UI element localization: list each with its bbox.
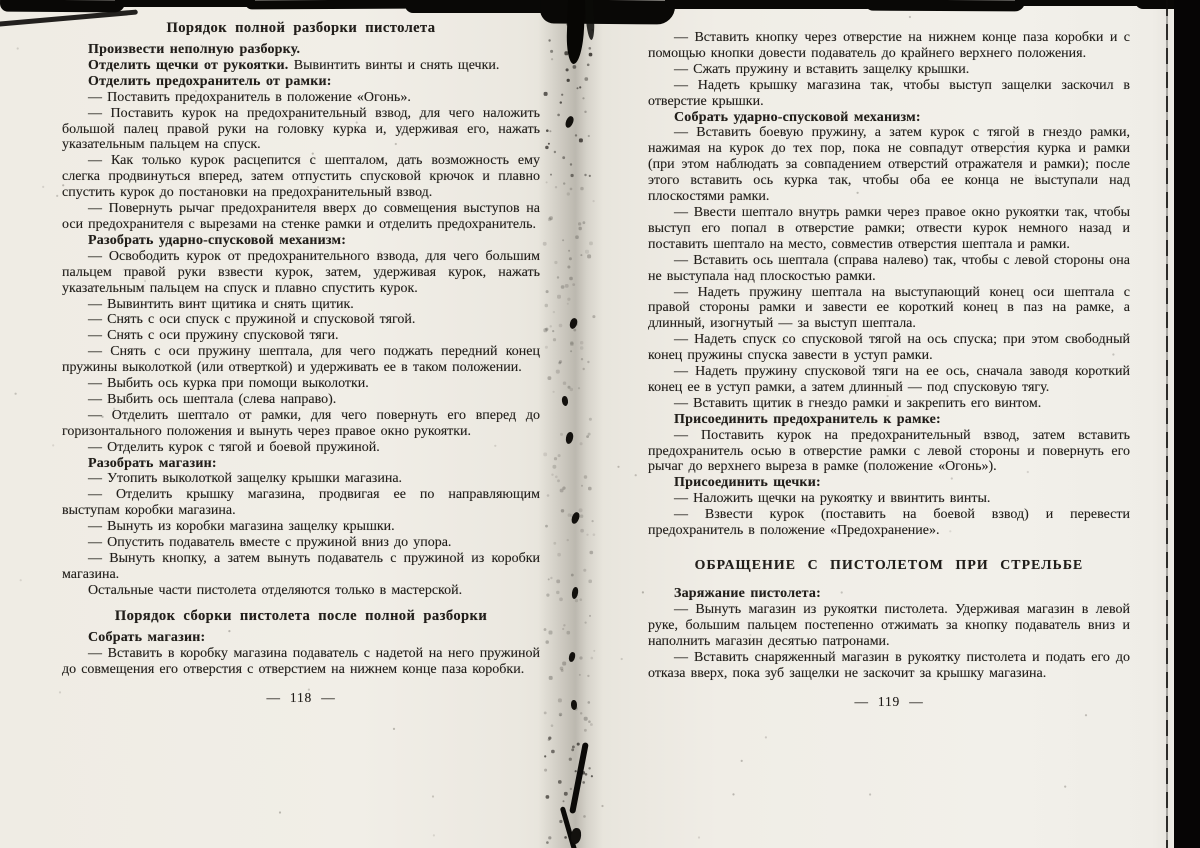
- instruction-item: — Утопить выколоткой защелку крышки мага…: [62, 471, 540, 487]
- gutter-ink-blob: [569, 317, 579, 329]
- run-in-subheading: Отделить щечки от рукоятки. Вывинтить ви…: [62, 58, 540, 74]
- instruction-item: — Вставить снаряженный магазин в рукоятк…: [648, 650, 1130, 682]
- run-in-subheading: Заряжание пистолета:: [648, 586, 1130, 602]
- instruction-item: — Отделить курок с тягой и боевой пружин…: [62, 440, 540, 456]
- gutter-ink-blob: [570, 511, 580, 525]
- bottom-ink-blob: [570, 828, 582, 845]
- instruction-item: — Надеть пружину шептала на выступающий …: [648, 285, 1130, 333]
- run-in-subheading: Разобрать магазин:: [62, 456, 540, 472]
- page-118-content: Порядок полной разборки пистолетаПроизве…: [62, 20, 540, 677]
- instruction-item: — Освободить курок от предохранительного…: [62, 249, 540, 297]
- page-119: — Вставить кнопку через отверстие на ниж…: [648, 30, 1130, 710]
- run-in-subheading: Присоединить щечки:: [648, 475, 1130, 491]
- bottom-ink-streak: [569, 742, 589, 814]
- gutter-ink-blob: [571, 587, 579, 600]
- gutter-speckles: [0, 0, 1, 1]
- page-118: Порядок полной разборки пистолетаПроизве…: [62, 20, 540, 706]
- instruction-item: — Поставить курок на предохранительный в…: [62, 106, 540, 154]
- instruction-item: — Надеть спуск со спусковой тягой на ось…: [648, 332, 1130, 364]
- run-in-subheading: Присоединить предохранитель к рамке:: [648, 412, 1130, 428]
- run-in-subheading: Собрать ударно-спусковой механизм:: [648, 110, 1130, 126]
- instruction-item: — Снять с оси спуск с пружиной и спусков…: [62, 312, 540, 328]
- instruction-item: — Вынуть из коробки магазина защелку кры…: [62, 519, 540, 535]
- page-number-118: — 118 —: [62, 690, 540, 706]
- instruction-item: — Вставить ось шептала (справа налево) т…: [648, 253, 1130, 285]
- instruction-item: — Выбить ось шептала (слева направо).: [62, 392, 540, 408]
- page-119-content: — Вставить кнопку через отверстие на ниж…: [648, 30, 1130, 681]
- paper-speckles: [0, 0, 1, 1]
- section-heading: Порядок сборки пистолета после полной ра…: [62, 608, 540, 625]
- instruction-item: — Вынуть кнопку, а затем вынуть подавате…: [62, 551, 540, 583]
- scan-edge-right: [1174, 0, 1200, 848]
- paragraph: Остальные части пистолета отделяются тол…: [62, 583, 540, 599]
- run-in-subheading: Собрать магазин:: [62, 630, 540, 646]
- gutter-ink-blob: [565, 431, 574, 444]
- instruction-item: — Надеть крышку магазина так, чтобы выст…: [648, 78, 1130, 110]
- instruction-item: — Вставить боевую пружину, а затем курок…: [648, 125, 1130, 205]
- run-in-subheading: Отделить предохранитель от рамки:: [62, 74, 540, 90]
- instruction-item: — Снять с оси пружину спусковой тяги.: [62, 328, 540, 344]
- instruction-item: — Взвести курок (поставить на боевой взв…: [648, 507, 1130, 539]
- instruction-item: — Опустить подаватель вместе с пружиной …: [62, 535, 540, 551]
- gutter-shadow: [538, 0, 610, 848]
- instruction-item: — Наложить щечки на рукоятку и ввинтить …: [648, 491, 1130, 507]
- instruction-item: — Ввести шептало внутрь рамки через прав…: [648, 205, 1130, 253]
- instruction-item: — Надеть пружину спусковой тяги на ее ос…: [648, 364, 1130, 396]
- instruction-item: — Вставить щитик в гнездо рамки и закреп…: [648, 396, 1130, 412]
- instruction-item: — Сжать пружину и вставить защелку крышк…: [648, 62, 1130, 78]
- section-heading: Порядок полной разборки пистолета: [62, 20, 540, 37]
- instruction-item: — Поставить предохранитель в положение «…: [62, 90, 540, 106]
- instruction-item: — Поставить курок на предохранительный в…: [648, 428, 1130, 476]
- gutter-ink-blob: [568, 651, 576, 662]
- instruction-item: — Вставить в коробку магазина подаватель…: [62, 646, 540, 678]
- book-scan: Порядок полной разборки пистолетаПроизве…: [0, 0, 1200, 848]
- section-heading: ОБРАЩЕНИЕ С ПИСТОЛЕТОМ ПРИ СТРЕЛЬБЕ: [648, 556, 1130, 573]
- page-number-119: — 119 —: [648, 694, 1130, 710]
- instruction-item: — Как только курок расцепится с шепталом…: [62, 153, 540, 201]
- instruction-item: — Вынуть магазин из рукоятки пистолета. …: [648, 602, 1130, 650]
- run-in-subheading: Разобрать ударно-спусковой механизм:: [62, 233, 540, 249]
- gutter-ink-blob: [561, 396, 569, 407]
- gutter-ink-blob: [564, 115, 575, 129]
- instruction-item: — Отделить шептало от рамки, для чего по…: [62, 408, 540, 440]
- instruction-item: — Вставить кнопку через отверстие на ниж…: [648, 30, 1130, 62]
- instruction-item: — Вывинтить винт щитика и снять щитик.: [62, 297, 540, 313]
- gutter-ink-spur-small: [585, 0, 595, 40]
- instruction-item: — Отделить крышку магазина, продвигая ее…: [62, 487, 540, 519]
- gutter-ink-blob: [570, 700, 577, 711]
- page-edge-line: [1166, 0, 1168, 848]
- instruction-item: — Выбить ось курка при помощи выколотки.: [62, 376, 540, 392]
- instruction-item: — Снять с оси пружину шептала, для чего …: [62, 344, 540, 376]
- gutter-ink-spur: [566, 0, 585, 64]
- instruction-item: — Повернуть рычаг предохранителя вверх д…: [62, 201, 540, 233]
- run-in-subheading: Произвести неполную разборку.: [62, 42, 540, 58]
